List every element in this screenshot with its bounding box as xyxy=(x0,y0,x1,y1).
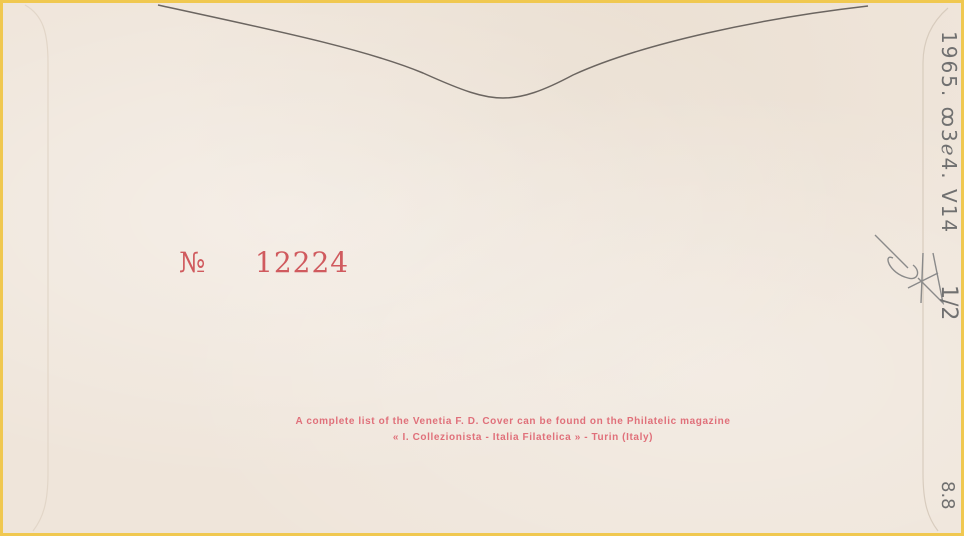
handwritten-corner-note: 8.8 xyxy=(937,481,958,510)
catalogue-note-line-2: « I. Collezionista - Italia Filatelica »… xyxy=(243,432,803,443)
handwritten-fraction: 1/2 xyxy=(936,285,961,320)
serial-number-symbol: № xyxy=(179,246,207,279)
envelope-flap-lines xyxy=(3,3,961,533)
handwritten-date-note: 1965. ꝏ3ℯ4. V14 xyxy=(937,31,961,234)
serial-number: 12224 xyxy=(255,246,349,279)
catalogue-note-line-1: A complete list of the Venetia F. D. Cov… xyxy=(193,416,833,427)
envelope-back: № 12224 A complete list of the Venetia F… xyxy=(3,3,961,533)
